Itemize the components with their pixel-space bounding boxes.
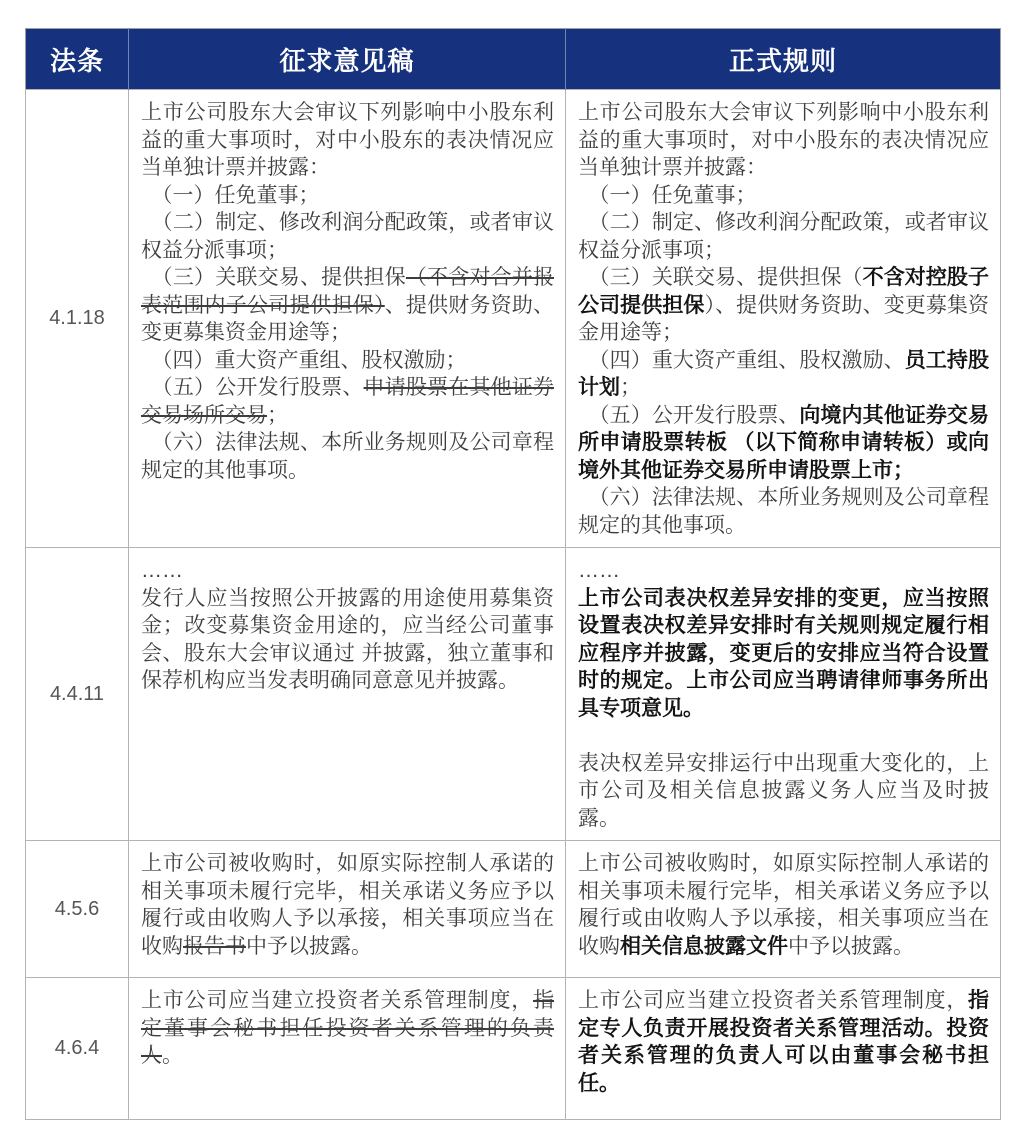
text: （一）任免董事； [141,184,320,207]
text: 表决权差异安排运行中出现重大变化的，上市公司及相关信息披露义务人应当及时披露。 [578,752,989,830]
paragraph: （三）关联交易、提供担保（不含对合并报表范围内子公司提供担保）、提供财务资助、变… [141,264,554,347]
text: （五）公开发行股票、 [578,404,799,427]
text: （五）公开发行股票、 [141,376,364,399]
table-row: 4.5.6上市公司被收购时，如原实际控制人承诺的相关事项未履行完毕，相关承诺义务… [26,841,1001,978]
text: （一）任免董事； [578,184,757,207]
paragraph: 上市公司应当建立投资者关系管理制度，指定专人负责开展投资者关系管理活动。投资者关… [578,987,989,1097]
paragraph: 表决权差异安排运行中出现重大变化的，上市公司及相关信息披露义务人应当及时披露。 [578,750,989,833]
paragraph: （六）法律法规、本所业务规则及公司章程规定的其他事项。 [578,484,989,539]
final-cell: 上市公司应当建立投资者关系管理制度，指定专人负责开展投资者关系管理活动。投资者关… [566,978,1001,1120]
paragraph: （三）关联交易、提供担保（不含对控股子公司提供担保）、提供财务资助、变更募集资金… [578,264,989,347]
table-row: 4.1.18上市公司股东大会审议下列影响中小股东利益的重大事项时，对中小股东的表… [26,90,1001,548]
paragraph: （五）公开发行股票、申请股票在其他证券交易场所交易； [141,374,554,429]
text: …… [141,559,183,582]
paragraph: （一）任免董事； [578,182,989,210]
law-code-cell: 4.5.6 [26,841,129,978]
text: 上市公司股东大会审议下列影响中小股东利益的重大事项时，对中小股东的表决情况应当单… [578,101,989,179]
text: 发行人应当按照公开披露的用途使用募集资金；改变募集资金用途的，应当经公司董事会、… [141,587,554,693]
text: 。 [162,1044,183,1067]
paragraph: （一）任免董事； [141,182,554,210]
header-row: 法条 征求意见稿 正式规则 [26,29,1001,90]
table-body: 4.1.18上市公司股东大会审议下列影响中小股东利益的重大事项时，对中小股东的表… [26,90,1001,1120]
paragraph: 上市公司股东大会审议下列影响中小股东利益的重大事项时，对中小股东的表决情况应当单… [141,99,554,182]
col-header-final: 正式规则 [566,29,1001,90]
text: ； [267,404,288,427]
paragraph: （四）重大资产重组、股权激励； [141,347,554,375]
col-header-draft: 征求意见稿 [129,29,566,90]
text: （三）关联交易、提供担保（ [578,266,863,289]
paragraph: 上市公司股东大会审议下列影响中小股东利益的重大事项时，对中小股东的表决情况应当单… [578,99,989,182]
paragraph: （二）制定、修改利润分配政策，或者审议权益分派事项； [141,209,554,264]
draft-cell: 上市公司股东大会审议下列影响中小股东利益的重大事项时，对中小股东的表决情况应当单… [129,90,566,548]
col-header-law: 法条 [26,29,129,90]
draft-cell: 上市公司应当建立投资者关系管理制度，指定董事会秘书担任投资者关系管理的负责人。 [129,978,566,1120]
paragraph: 发行人应当按照公开披露的用途使用募集资金；改变募集资金用途的，应当经公司董事会、… [141,585,554,695]
bold-text: 上市公司表决权差异安排的变更，应当按照设置表决权差异安排时有关规则规定履行相应程… [578,587,989,720]
table-row: 4.6.4上市公司应当建立投资者关系管理制度，指定董事会秘书担任投资者关系管理的… [26,978,1001,1120]
paragraph [578,722,989,750]
paragraph: （六）法律法规、本所业务规则及公司章程规定的其他事项。 [141,429,554,484]
paragraph: 上市公司被收购时，如原实际控制人承诺的相关事项未履行完毕，相关承诺义务应予以履行… [141,850,554,960]
text: ； [620,376,641,399]
text: …… [578,559,620,582]
paragraph: （四）重大资产重组、股权激励、员工持股计划； [578,347,989,402]
page: 法条 征求意见稿 正式规则 4.1.18上市公司股东大会审议下列影响中小股东利益… [0,0,1023,1132]
law-code-cell: 4.1.18 [26,90,129,548]
law-code-cell: 4.6.4 [26,978,129,1120]
paragraph: （二）制定、修改利润分配政策，或者审议权益分派事项； [578,209,989,264]
text: （二）制定、修改利润分配政策，或者审议权益分派事项； [578,211,989,262]
paragraph: …… [578,557,989,585]
paragraph: 上市公司应当建立投资者关系管理制度，指定董事会秘书担任投资者关系管理的负责人。 [141,987,554,1070]
text: （四）重大资产重组、股权激励； [141,349,467,372]
paragraph: …… [141,557,554,585]
draft-cell: 上市公司被收购时，如原实际控制人承诺的相关事项未履行完毕，相关承诺义务应予以履行… [129,841,566,978]
text: （四）重大资产重组、股权激励、 [578,349,905,372]
paragraph: 上市公司被收购时，如原实际控制人承诺的相关事项未履行完毕，相关承诺义务应予以履行… [578,850,989,960]
table-row: 4.4.11……发行人应当按照公开披露的用途使用募集资金；改变募集资金用途的，应… [26,548,1001,841]
text: 上市公司应当建立投资者关系管理制度， [141,989,533,1012]
paragraph: 上市公司表决权差异安排的变更，应当按照设置表决权差异安排时有关规则规定履行相应程… [578,585,989,723]
final-cell: ……上市公司表决权差异安排的变更，应当按照设置表决权差异安排时有关规则规定履行相… [566,548,1001,841]
text: （六）法律法规、本所业务规则及公司章程规定的其他事项。 [578,486,989,537]
strike-text: 报告书 [183,935,246,958]
text: 上市公司股东大会审议下列影响中小股东利益的重大事项时，对中小股东的表决情况应当单… [141,101,554,179]
paragraph: （五）公开发行股票、向境内其他证券交易所申请股票转板 （以下简称申请转板）或向境… [578,402,989,485]
text: （二）制定、修改利润分配政策，或者审议权益分派事项； [141,211,554,262]
final-cell: 上市公司股东大会审议下列影响中小股东利益的重大事项时，对中小股东的表决情况应当单… [566,90,1001,548]
text: 上市公司应当建立投资者关系管理制度， [578,989,968,1012]
text: 中予以披露。 [246,935,372,958]
final-cell: 上市公司被收购时，如原实际控制人承诺的相关事项未履行完毕，相关承诺义务应予以履行… [566,841,1001,978]
text: （六）法律法规、本所业务规则及公司章程规定的其他事项。 [141,431,554,482]
law-code-cell: 4.4.11 [26,548,129,841]
bold-text: 相关信息披露文件 [620,935,788,958]
draft-cell: ……发行人应当按照公开披露的用途使用募集资金；改变募集资金用途的，应当经公司董事… [129,548,566,841]
text: 中予以披露。 [788,935,914,958]
text: （三）关联交易、提供担保 [141,266,406,289]
comparison-table: 法条 征求意见稿 正式规则 4.1.18上市公司股东大会审议下列影响中小股东利益… [25,28,1001,1120]
